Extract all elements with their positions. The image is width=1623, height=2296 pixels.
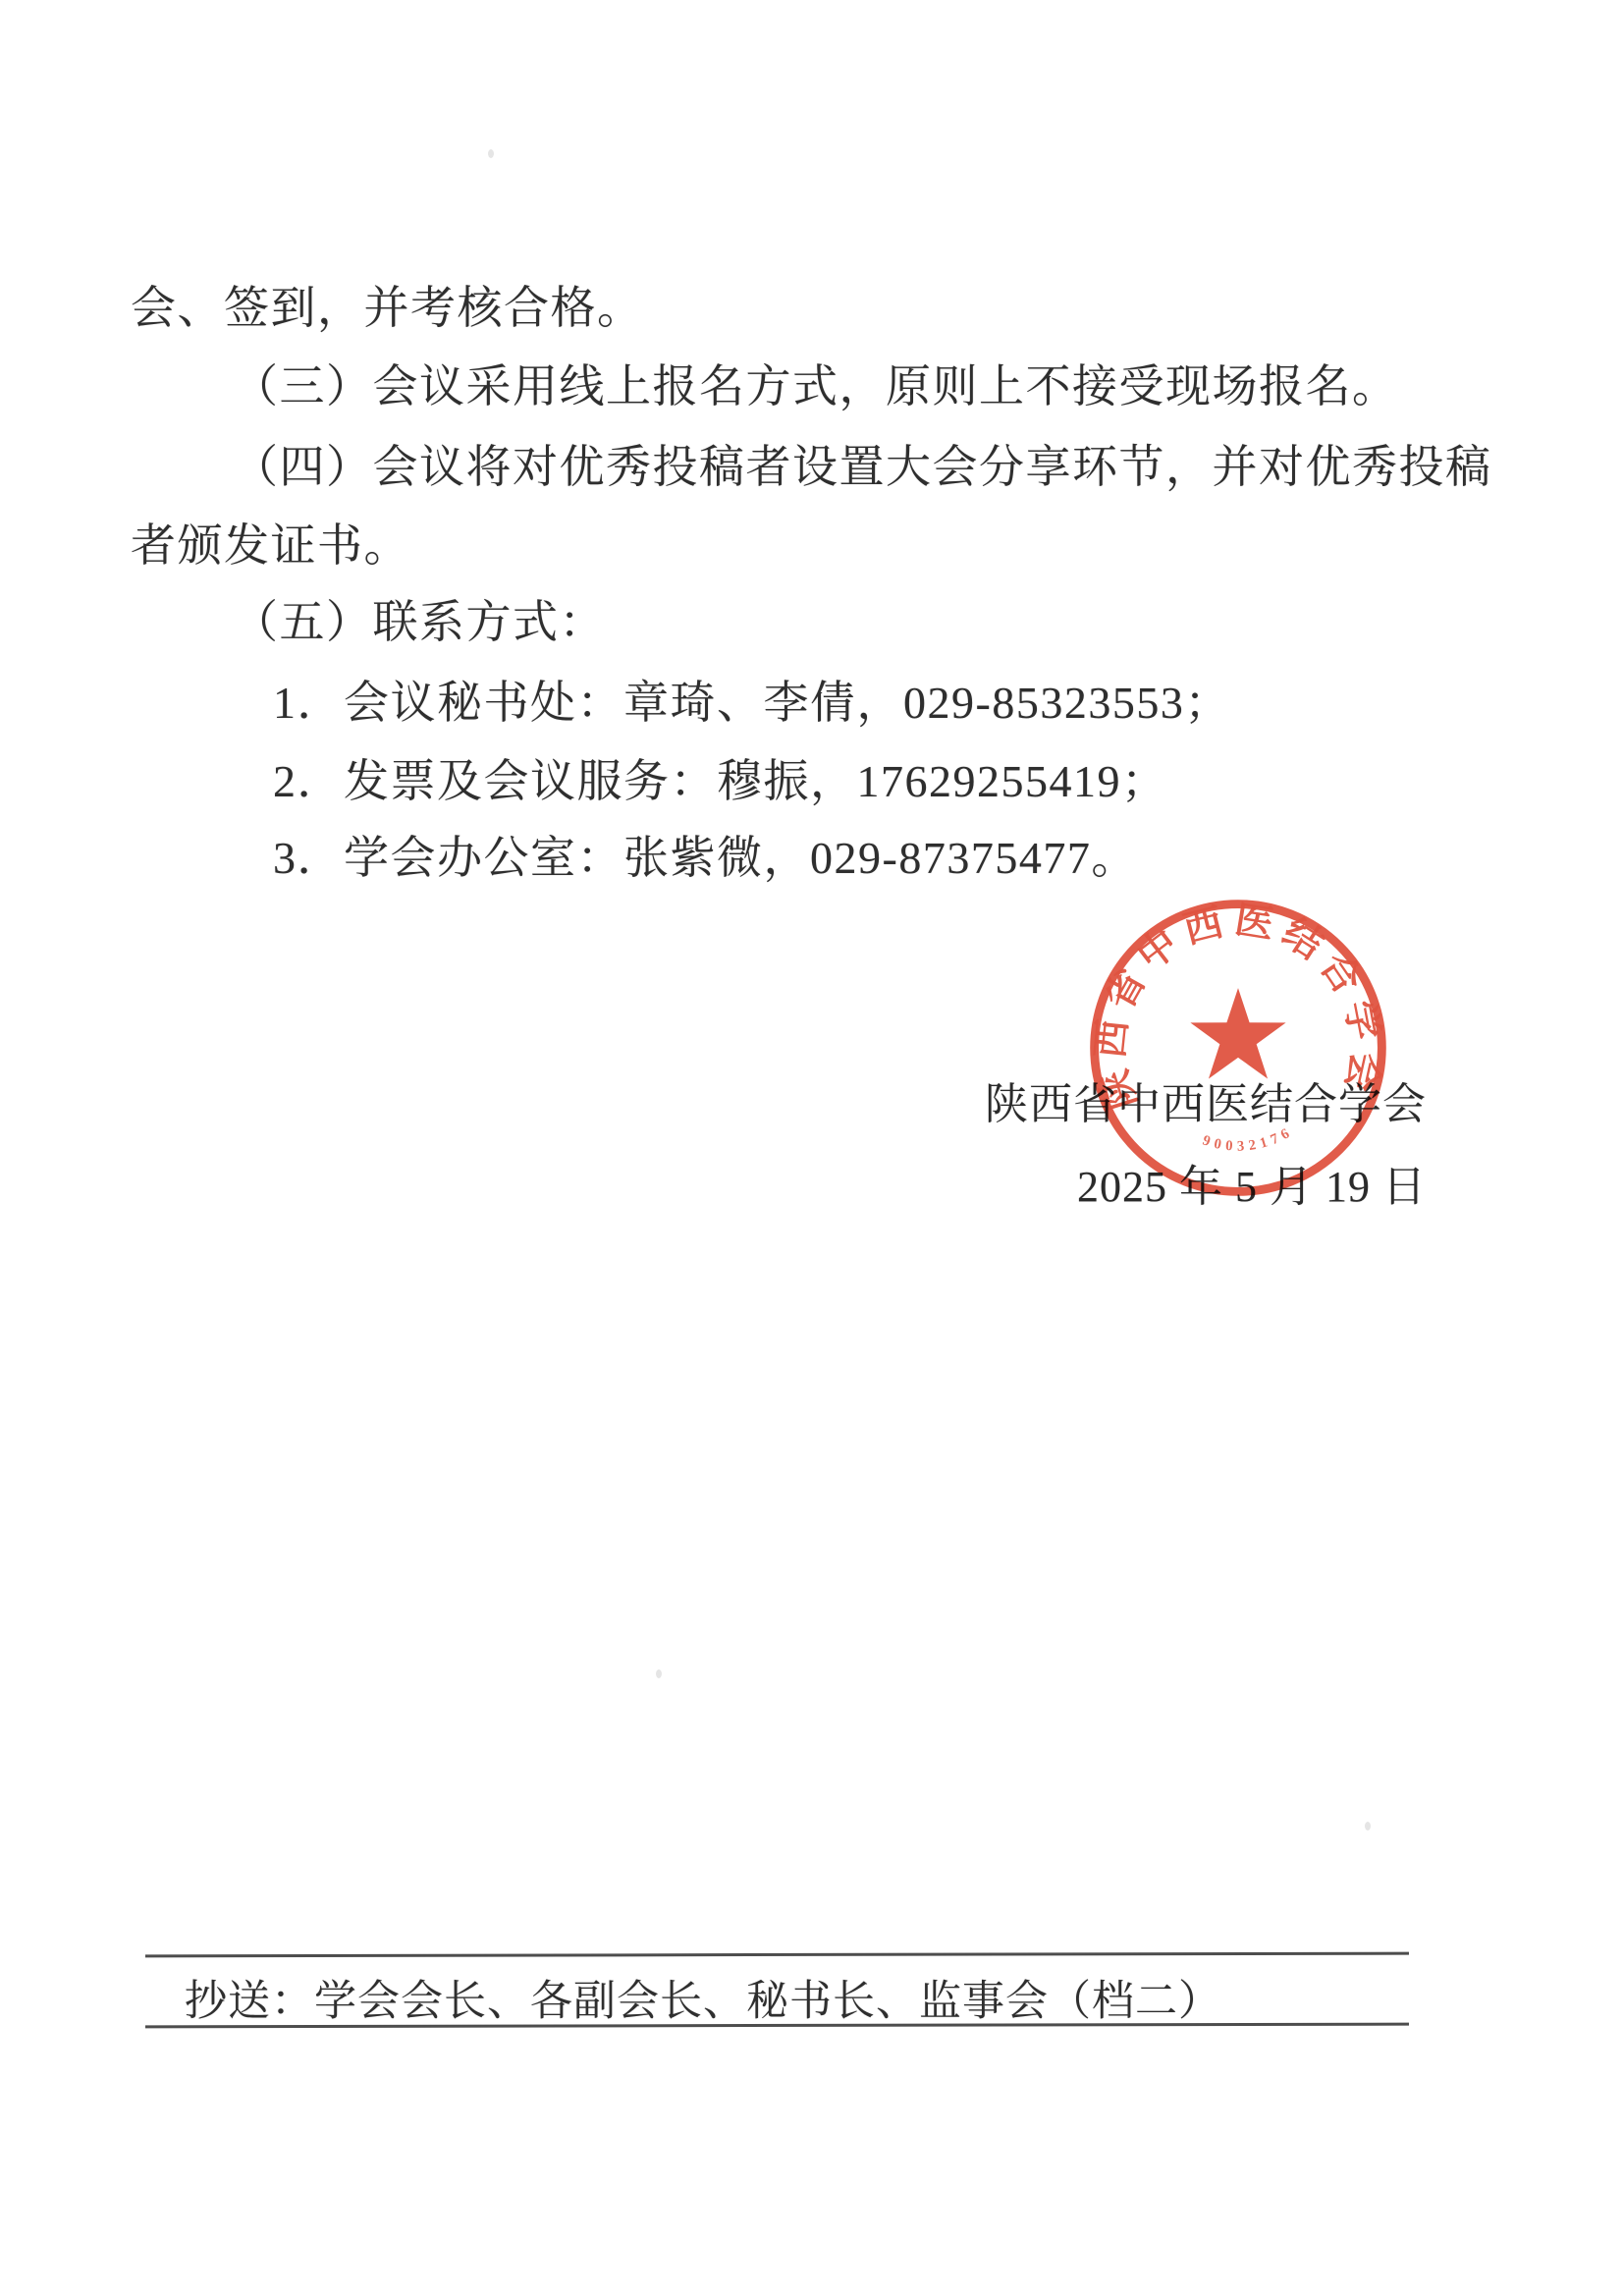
body-line-5: （五）联系方式：: [233, 597, 606, 648]
body-line-4: 者颁发证书。: [131, 520, 410, 572]
body-line-8: 3．学会办公室：张紫微，029-87375477。: [273, 833, 1138, 884]
scan-speck: [488, 149, 494, 158]
document-page: 会、签到，并考核合格。 （三）会议采用线上报名方式，原则上不接受现场报名。 （四…: [0, 0, 1623, 2296]
body-line-3: （四）会议将对优秀投稿者设置大会分享环节，并对优秀投稿: [233, 442, 1492, 493]
scan-speck: [656, 1669, 662, 1678]
footer-rule-top: [145, 1952, 1409, 1958]
official-seal: 陕西省中西医结合学会 90032176: [1074, 884, 1402, 1212]
body-line-2: （三）会议采用线上报名方式，原则上不接受现场报名。: [233, 361, 1399, 412]
svg-text:90032176: 90032176: [1201, 1123, 1297, 1155]
scan-speck: [1365, 1822, 1371, 1831]
seal-star-icon: [1190, 988, 1285, 1078]
footer-cc-line: 抄送：学会会长、各副会长、秘书长、监事会（档二）: [185, 1968, 1221, 2028]
seal-serial-number: 90032176: [1201, 1123, 1297, 1155]
body-line-6: 1．会议秘书处：章琦、李倩，029-85323553；: [273, 678, 1231, 729]
body-line-1: 会、签到，并考核合格。: [131, 283, 644, 334]
body-line-7: 2．发票及会议服务：穆振，17629255419；: [273, 756, 1168, 807]
